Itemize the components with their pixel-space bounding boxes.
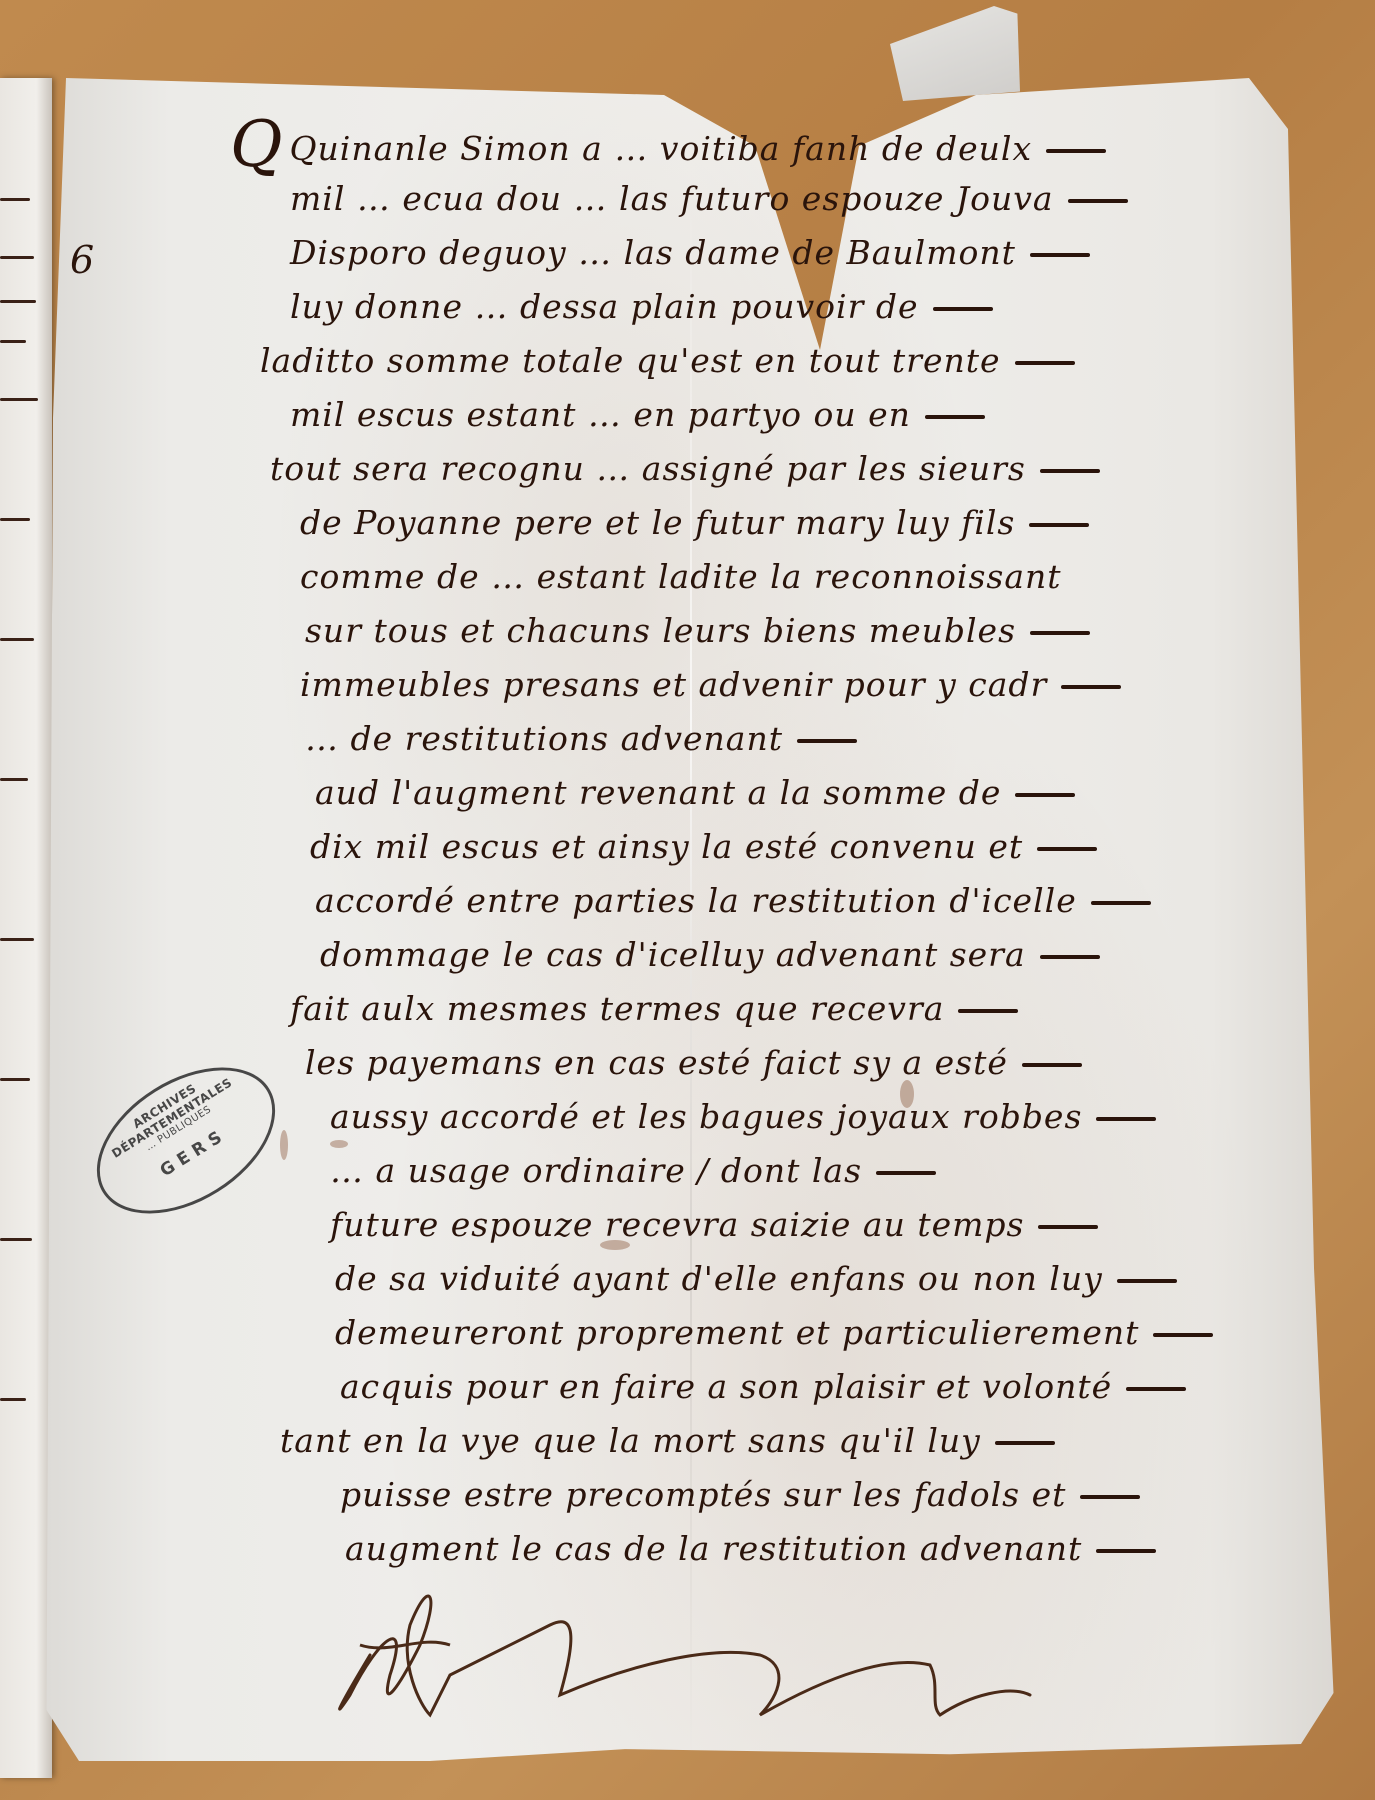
line-filler-dash	[1126, 1387, 1186, 1391]
manuscript-line: accordé entre parties la restitution d'i…	[230, 874, 1330, 928]
manuscript-line: mil … ecua dou … las futuro espouze Jouv…	[230, 172, 1330, 226]
ink-line-stub	[0, 518, 30, 521]
ink-line-stub	[0, 938, 34, 941]
manuscript-line: Disporo deguoy … las dame de Baulmont	[230, 226, 1330, 280]
ink-line-stub	[0, 778, 28, 781]
line-filler-dash	[1040, 469, 1100, 473]
manuscript-line: QQuinanle Simon a … voitiba fanh de deul…	[230, 118, 1330, 172]
line-filler-dash	[1029, 523, 1089, 527]
manuscript-line: aud l'augment revenant a la somme de	[230, 766, 1330, 820]
manuscript-line: sur tous et chacuns leurs biens meubles	[230, 604, 1330, 658]
line-filler-dash	[1061, 685, 1121, 689]
line-filler-dash	[1037, 847, 1097, 851]
ink-line-stub	[0, 638, 34, 641]
ink-line-stub	[0, 198, 30, 201]
decorated-initial: Q	[230, 108, 283, 182]
line-filler-dash	[1068, 199, 1128, 203]
folded-paper-corner	[890, 6, 1020, 101]
line-filler-dash	[1040, 955, 1100, 959]
line-filler-dash	[1038, 1225, 1098, 1229]
manuscript-line: tout sera recognu … assigné par les sieu…	[230, 442, 1330, 496]
line-filler-dash	[1015, 361, 1075, 365]
left-facing-page-edge	[0, 78, 52, 1778]
manuscript-line: … a usage ordinaire / dont las	[230, 1144, 1330, 1198]
manuscript-line: … de restitutions advenant	[230, 712, 1330, 766]
line-filler-dash	[958, 1009, 1018, 1013]
manuscript-line: future espouze recevra saizie au temps	[230, 1198, 1330, 1252]
signature-flourish	[330, 1585, 1230, 1735]
line-filler-dash	[925, 415, 985, 419]
manuscript-line: acquis pour en faire a son plaisir et vo…	[230, 1360, 1330, 1414]
manuscript-line: comme de … estant ladite la reconnoissan…	[230, 550, 1330, 604]
manuscript-line: dix mil escus et ainsy la esté convenu e…	[230, 820, 1330, 874]
ink-line-stub	[0, 398, 38, 401]
line-filler-dash	[1080, 1495, 1140, 1499]
manuscript-line: luy donne … dessa plain pouvoir de	[230, 280, 1330, 334]
manuscript-line: mil escus estant … en partyo ou en	[230, 388, 1330, 442]
manuscript-line: puisse estre precomptés sur les fadols e…	[230, 1468, 1330, 1522]
line-filler-dash	[1096, 1549, 1156, 1553]
manuscript-line: de sa viduité ayant d'elle enfans ou non…	[230, 1252, 1330, 1306]
ink-line-stub	[0, 1238, 32, 1241]
manuscript-line: immeubles presans et advenir pour y cadr	[230, 658, 1330, 712]
line-filler-dash	[1015, 793, 1075, 797]
ink-line-stub	[0, 256, 34, 259]
ink-line-stub	[0, 340, 26, 343]
line-filler-dash	[1096, 1117, 1156, 1121]
line-filler-dash	[1046, 149, 1106, 153]
manuscript-line: fait aulx mesmes termes que recevra	[230, 982, 1330, 1036]
manuscript-line: laditto somme totale qu'est en tout tren…	[230, 334, 1330, 388]
manuscript-line: aussy accordé et les bagues joyaux robbe…	[230, 1090, 1330, 1144]
line-filler-dash	[1022, 1063, 1082, 1067]
line-filler-dash	[1153, 1333, 1213, 1337]
ink-line-stub	[0, 1078, 30, 1081]
line-filler-dash	[876, 1171, 936, 1175]
line-filler-dash	[1091, 901, 1151, 905]
line-filler-dash	[933, 307, 993, 311]
ink-line-stub	[0, 300, 36, 303]
line-filler-dash	[1117, 1279, 1177, 1283]
ink-line-stub	[0, 1398, 26, 1401]
manuscript-line: dommage le cas d'icelluy advenant sera	[230, 928, 1330, 982]
manuscript-line: de Poyanne pere et le futur mary luy fil…	[230, 496, 1330, 550]
line-filler-dash	[995, 1441, 1055, 1445]
manuscript-line: tant en la vye que la mort sans qu'il lu…	[230, 1414, 1330, 1468]
manuscript-line: demeureront proprement et particuliereme…	[230, 1306, 1330, 1360]
manuscript-line: augment le cas de la restitution advenan…	[230, 1522, 1330, 1576]
manuscript-text: QQuinanle Simon a … voitiba fanh de deul…	[230, 118, 1330, 1576]
line-filler-dash	[1030, 631, 1090, 635]
line-filler-dash	[797, 739, 857, 743]
manuscript-line: les payemans en cas esté faict sy a esté	[230, 1036, 1330, 1090]
margin-mark: 6	[70, 238, 94, 282]
line-filler-dash	[1030, 253, 1090, 257]
